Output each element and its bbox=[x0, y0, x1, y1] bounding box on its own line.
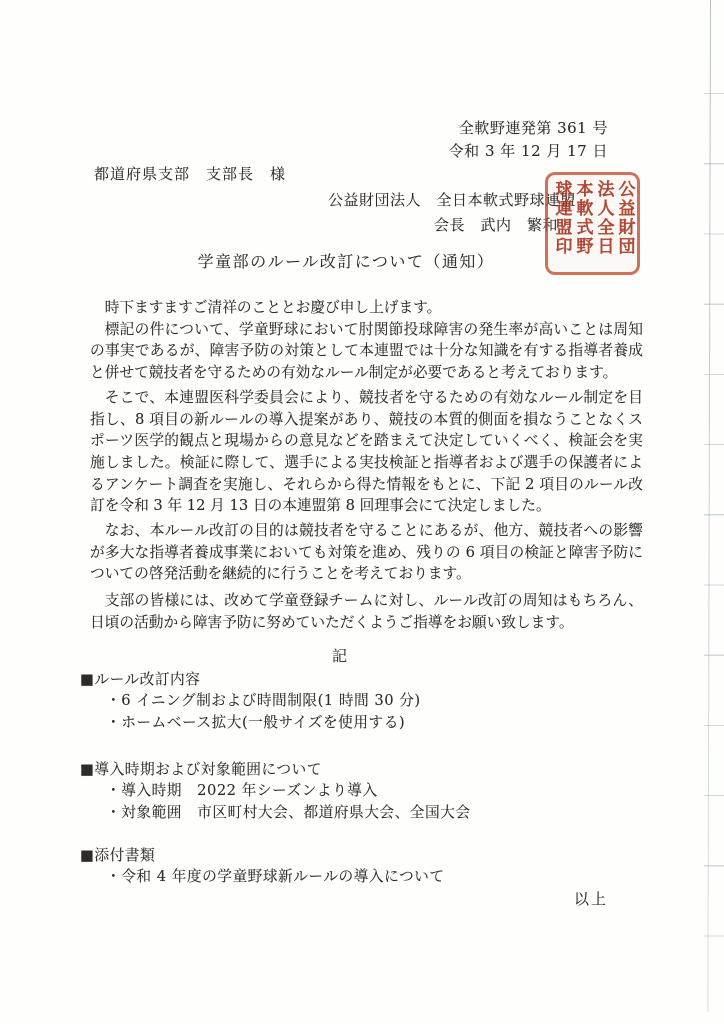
body-paragraph: そこで、本連盟医科学委員会により、競技者を守るための有効なルール制定を目指し、8… bbox=[90, 387, 643, 517]
scanned-letter-page: 全軟野連発第 361 号 令和 3 年 12 月 17 日 都道府県支部 支部長… bbox=[0, 0, 724, 1024]
document-body: 時下ますますご清祥のこととお慶び申し上げます。 標記の件について、学童野球におい… bbox=[90, 297, 643, 634]
section-heading: ■添付書類 bbox=[80, 845, 640, 866]
document-header-block: 全軟野連発第 361 号 令和 3 年 12 月 17 日 bbox=[449, 117, 608, 163]
section-item: ・対象範囲 市区町村大会、都道府県大会、全国大会 bbox=[80, 802, 640, 823]
section-heading: ■ルール改訂内容 bbox=[80, 669, 640, 690]
section-item: ・ホームベース拡大(一般サイズを使用する) bbox=[80, 712, 640, 733]
section-introduction-timing-scope: ■導入時期および対象範囲について ・導入時期 2022 年シーズンより導入 ・対… bbox=[80, 759, 640, 823]
body-paragraph: 支部の皆様には、改めて学童登録チームに対し、ルール改訂の周知はもちろん、日頃の活… bbox=[90, 590, 643, 633]
section-item: ・令和 4 年度の学童野球新ルールの導入について bbox=[80, 866, 640, 887]
body-paragraph: なお、本ルール改訂の目的は競技者を守ることにあるが、他方、競技者への影響が多大な… bbox=[90, 520, 643, 585]
body-paragraph: 標記の件について、学童野球において肘関節投球障害の発生率が高いことは周知の事実で… bbox=[90, 319, 643, 384]
sender-organization: 公益財団法人 全日本軟式野球連盟 bbox=[328, 189, 576, 210]
section-heading: ■導入時期および対象範囲について bbox=[80, 759, 640, 780]
section-attached-documents: ■添付書類 ・令和 4 年度の学童野球新ルールの導入について bbox=[80, 845, 640, 888]
closing-ijou: 以上 bbox=[574, 888, 608, 909]
record-marker-ki: 記 bbox=[90, 645, 590, 666]
addressee-line: 都道府県支部 支部長 様 bbox=[94, 163, 286, 184]
section-item: ・6 イニング制および時間制限(1 時間 30 分) bbox=[80, 690, 640, 711]
section-rule-revision-contents: ■ルール改訂内容 ・6 イニング制および時間制限(1 時間 30 分) ・ホーム… bbox=[80, 669, 640, 733]
sender-president-name: 会長 武内 繁和 bbox=[434, 214, 558, 235]
scan-edge-ruled-ticks bbox=[704, 24, 724, 1004]
document-number: 全軟野連発第 361 号 bbox=[449, 117, 608, 140]
document-date: 令和 3 年 12 月 17 日 bbox=[449, 140, 608, 163]
body-paragraph-greeting: 時下ますますご清祥のこととお慶び申し上げます。 bbox=[90, 297, 643, 319]
document-title: 学童部のルール改訂について（通知） bbox=[0, 249, 692, 272]
section-item: ・導入時期 2022 年シーズンより導入 bbox=[80, 780, 640, 801]
